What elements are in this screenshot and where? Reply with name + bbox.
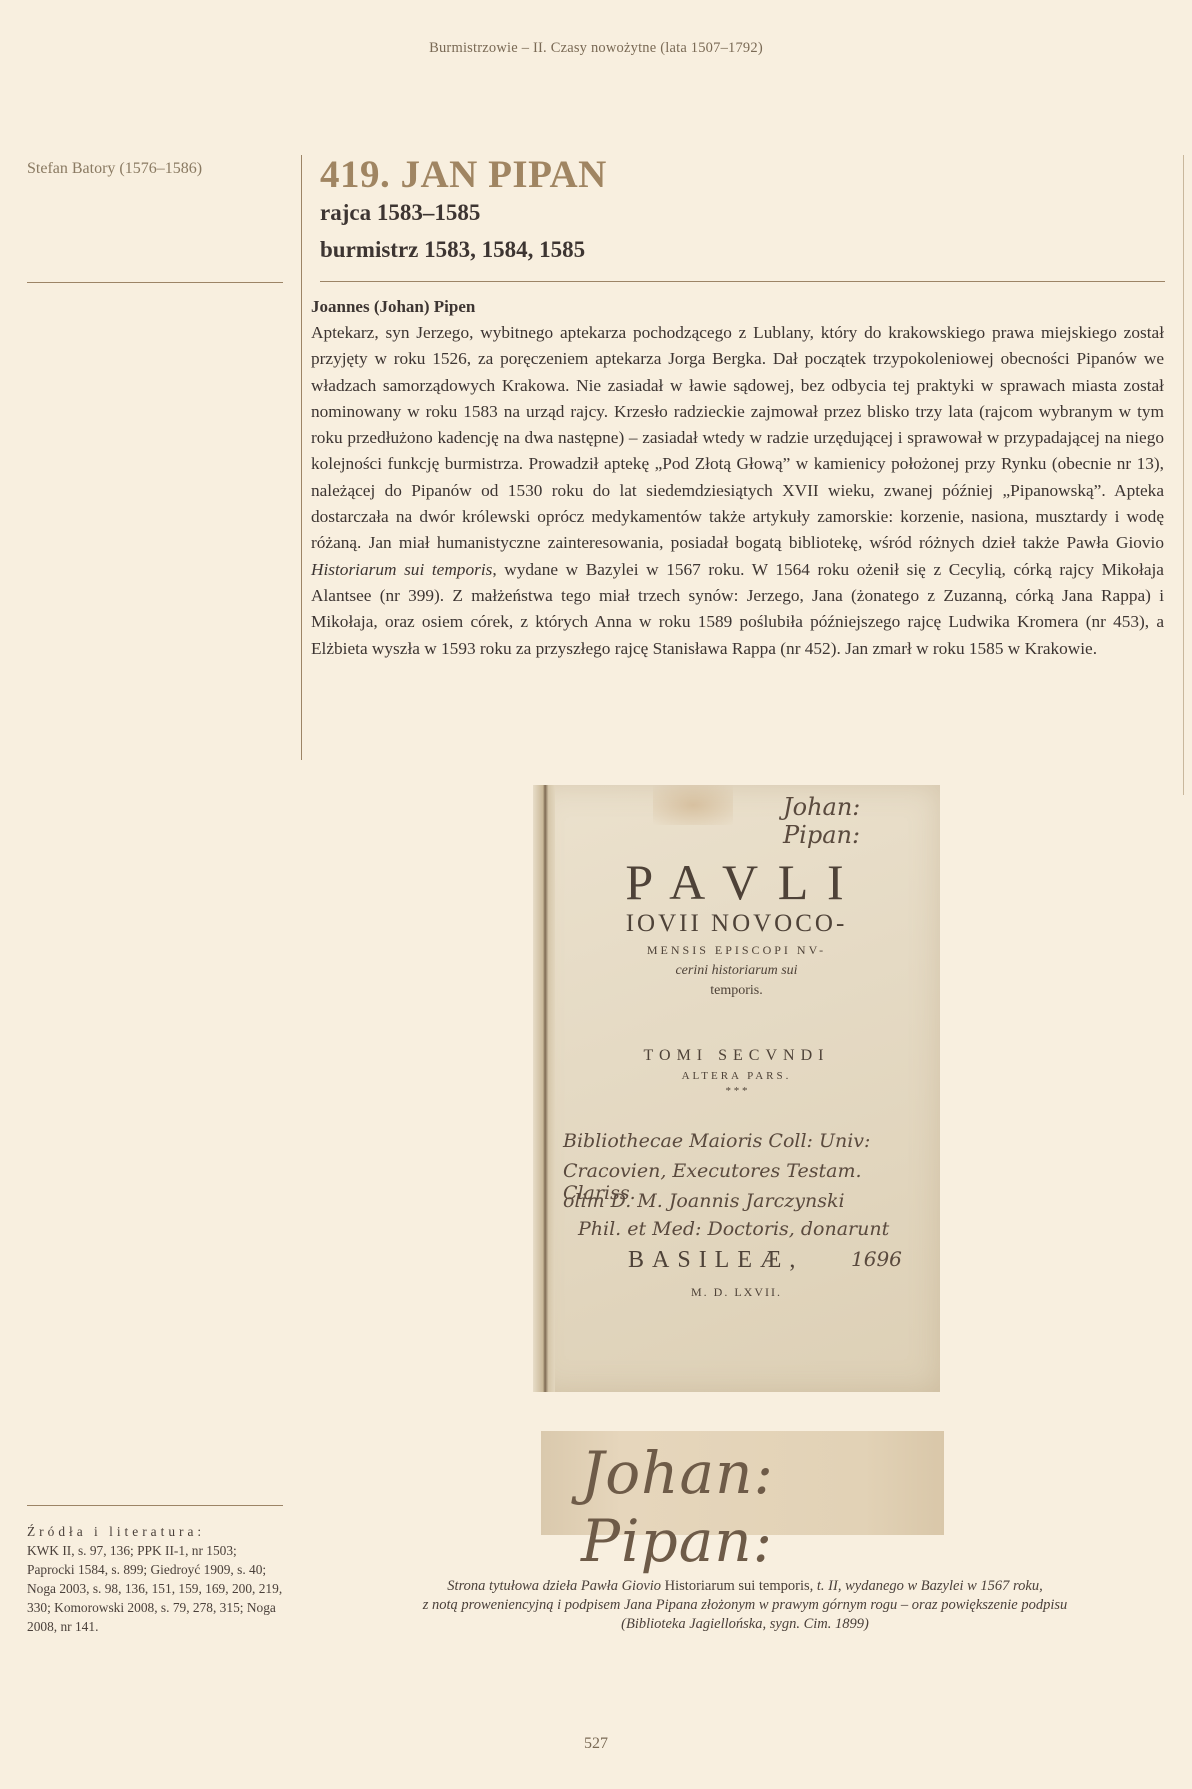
caption-book-title: Historiarum sui temporis	[665, 1578, 810, 1594]
biography-book-title: Historiarum sui temporis	[311, 560, 492, 579]
title-line-iovii: IOVII NOVOCO-	[533, 910, 940, 938]
caption-line-1-pre: Strona tytułowa dzieła Pawła Giovio	[447, 1578, 664, 1594]
sources-rule	[27, 1505, 283, 1506]
caption-line-1: Strona tytułowa dzieła Pawła Giovio Hist…	[330, 1577, 1160, 1596]
column-divider	[301, 155, 302, 760]
handwritten-signature-small: Johan: Pipan:	[783, 793, 940, 849]
handwritten-year: 1696	[851, 1247, 902, 1271]
paper-stain	[653, 785, 733, 825]
biography-part-1: Aptekarz, syn Jerzego, wybitnego aptekar…	[311, 323, 1164, 552]
handwritten-note-line-3: olim D. M. Joannis Jarczynski	[563, 1190, 845, 1212]
title-line-basileae: BASILEÆ,	[628, 1247, 803, 1274]
sources-block: Źródła i literatura: KWK II, s. 97, 136;…	[27, 1522, 287, 1636]
handwritten-note-line-1: Bibliothecae Maioris Coll: Univ:	[563, 1130, 870, 1152]
sidebar-rule-top	[27, 282, 283, 283]
caption-line-3: (Biblioteka Jagiellońska, sygn. Cim. 189…	[330, 1615, 1160, 1634]
latin-name: Joannes (Johan) Pipen	[311, 297, 475, 317]
title-line-pauli: P A V L I	[533, 853, 940, 911]
title-line-mensis: MENSIS EPISCOPI NV-	[533, 943, 940, 958]
title-line-altera: ALTERA PARS.	[533, 1070, 940, 1082]
heading-rule	[320, 281, 1165, 282]
signature-enlargement: Johan: Pipan:	[541, 1431, 944, 1535]
caption-line-2: z notą proweniencyjną i podpisem Jana Pi…	[330, 1596, 1160, 1615]
signature-text: Johan: Pipan:	[581, 1439, 944, 1575]
sidebar-reign: Stefan Batory (1576–1586)	[27, 160, 202, 178]
biography-text: Aptekarz, syn Jerzego, wybitnego aptekar…	[311, 320, 1164, 662]
figure-caption: Strona tytułowa dzieła Pawła Giovio Hist…	[330, 1577, 1160, 1634]
office-rajca: rajca 1583–1585	[320, 200, 480, 226]
title-line-tomi: TOMI SECVNDI	[533, 1047, 940, 1065]
sources-label: Źródła i literatura:	[27, 1522, 287, 1541]
title-line-temporis: temporis.	[533, 983, 940, 999]
running-head: Burmistrzowie – II. Czasy nowożytne (lat…	[0, 40, 1192, 57]
title-page-photo: Johan: Pipan: P A V L I IOVII NOVOCO- ME…	[533, 785, 940, 1392]
page-number: 527	[0, 1735, 1192, 1753]
title-line-asterisks: * * *	[533, 1085, 940, 1097]
office-burmistrz: burmistrz 1583, 1584, 1585	[320, 237, 585, 263]
right-margin-rule	[1183, 155, 1184, 795]
caption-line-1-post: , t. II, wydanego w Bazylei w 1567 roku,	[810, 1578, 1043, 1594]
title-line-date: M. D. LXVII.	[533, 1285, 940, 1300]
handwritten-note-line-4: Phil. et Med: Doctoris, donarunt	[578, 1218, 889, 1240]
entry-title: 419. JAN PIPAN	[320, 152, 607, 197]
title-line-cerini: cerini historiarum sui	[533, 963, 940, 979]
sources-text: KWK II, s. 97, 136; PPK II-1, nr 1503; P…	[27, 1541, 287, 1636]
